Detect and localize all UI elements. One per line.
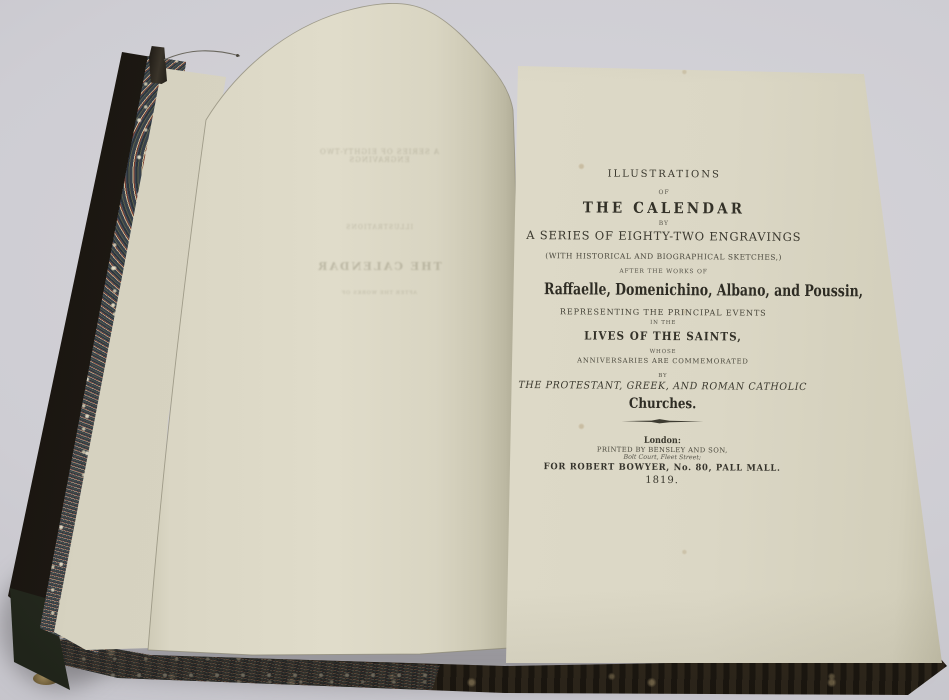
photo-of-antique-book: A SERIES OF EIGHTY-TWO ENGRAVINGS ILLUST… [0, 0, 949, 700]
stray-thread [164, 51, 240, 60]
thread-svg [0, 0, 949, 700]
dust-speck [236, 54, 239, 57]
